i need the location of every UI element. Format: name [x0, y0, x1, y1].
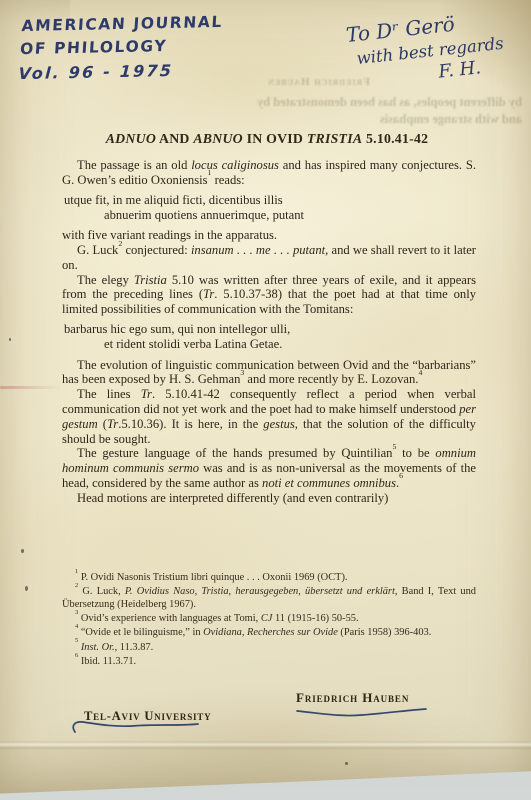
bleedthrough-line: by different peoples, as has been demons…	[146, 94, 522, 110]
footnote-marker: 2	[75, 582, 78, 589]
footnote: 5 Inst. Or., 11.3.87.	[62, 642, 476, 655]
footnote: 4 “Ovide et le bilinguisme,” in Ovidiana…	[62, 627, 476, 640]
footnote: 3 Ovid’s experience with languages at To…	[62, 613, 476, 626]
verse-line: abnuerim quotiens annuerimque, putant	[64, 208, 476, 223]
article-title: ADNUO AND ABNUO IN OVID TRISTIA 5.10.41-…	[58, 131, 476, 147]
footnote-marker: 5	[75, 637, 78, 644]
author-name: Friedrich Hauben	[296, 690, 409, 706]
offprint-page: Friedrich Hauben by different peoples, a…	[0, 0, 531, 800]
journal-name-line: AMERICAN JOURNAL	[21, 11, 224, 38]
author-underline-ink	[294, 705, 430, 721]
verse-quote: utque fit, in me aliquid ficti, dicentib…	[64, 193, 476, 223]
footnote-marker: 1	[75, 568, 78, 575]
paragraph: Head motions are interpreted differently…	[62, 491, 476, 506]
volume-year-line: Vol. 96 - 1975	[18, 58, 221, 85]
paragraph: The lines Tr. 5.10.41-42 consequently re…	[62, 387, 476, 446]
bleedthrough-line: and with strange emphasis	[146, 111, 522, 127]
paragraph: with five variant readings in the appara…	[62, 228, 476, 243]
photo-background: Friedrich Hauben by different peoples, a…	[0, 0, 531, 800]
footnote-marker: 3	[75, 609, 78, 616]
paragraph: G. Luck2 conjectured: insanum . . . me .…	[62, 243, 476, 273]
paragraph: The elegy Tristia 5.10 was written after…	[62, 273, 476, 317]
handwritten-journal-note: AMERICAN JOURNAL OF PHILOLOGY Vol. 96 - …	[18, 11, 224, 85]
dust-speck	[25, 586, 28, 591]
verse-quote: barbarus hic ego sum, qui non intellegor…	[64, 322, 476, 352]
crease-mark	[0, 386, 62, 389]
verse-line: et rident stolidi verba Latina Getae.	[64, 337, 476, 352]
dust-speck	[21, 549, 24, 553]
paragraph: The gesture language of the hands presum…	[62, 446, 476, 490]
verse-line: barbarus hic ego sum, qui non intellegor…	[64, 322, 476, 337]
dust-speck	[345, 762, 348, 765]
footnote: 2 G. Luck, P. Ovidius Naso, Tristia, her…	[62, 586, 476, 611]
footnote: 1 P. Ovidi Nasonis Tristium libri quinqu…	[62, 572, 476, 585]
affiliation-underline-ink	[70, 717, 202, 735]
footnote: 6 Ibid. 11.3.71.	[62, 656, 476, 669]
paragraph: The evolution of linguistic communicatio…	[62, 358, 476, 388]
footnotes: 1 P. Ovidi Nasonis Tristium libri quinqu…	[62, 572, 476, 670]
dust-speck	[9, 338, 11, 341]
verse-line: utque fit, in me aliquid ficti, dicentib…	[64, 193, 476, 208]
paragraph: The passage is an old locus caliginosus …	[62, 158, 476, 188]
journal-name-line: OF PHILOLOGY	[19, 34, 222, 61]
footnote-marker: 6	[75, 652, 78, 659]
footnote-marker: 4	[75, 623, 78, 630]
article-body: The passage is an old locus caliginosus …	[62, 158, 476, 506]
fold-shadow	[0, 749, 531, 795]
